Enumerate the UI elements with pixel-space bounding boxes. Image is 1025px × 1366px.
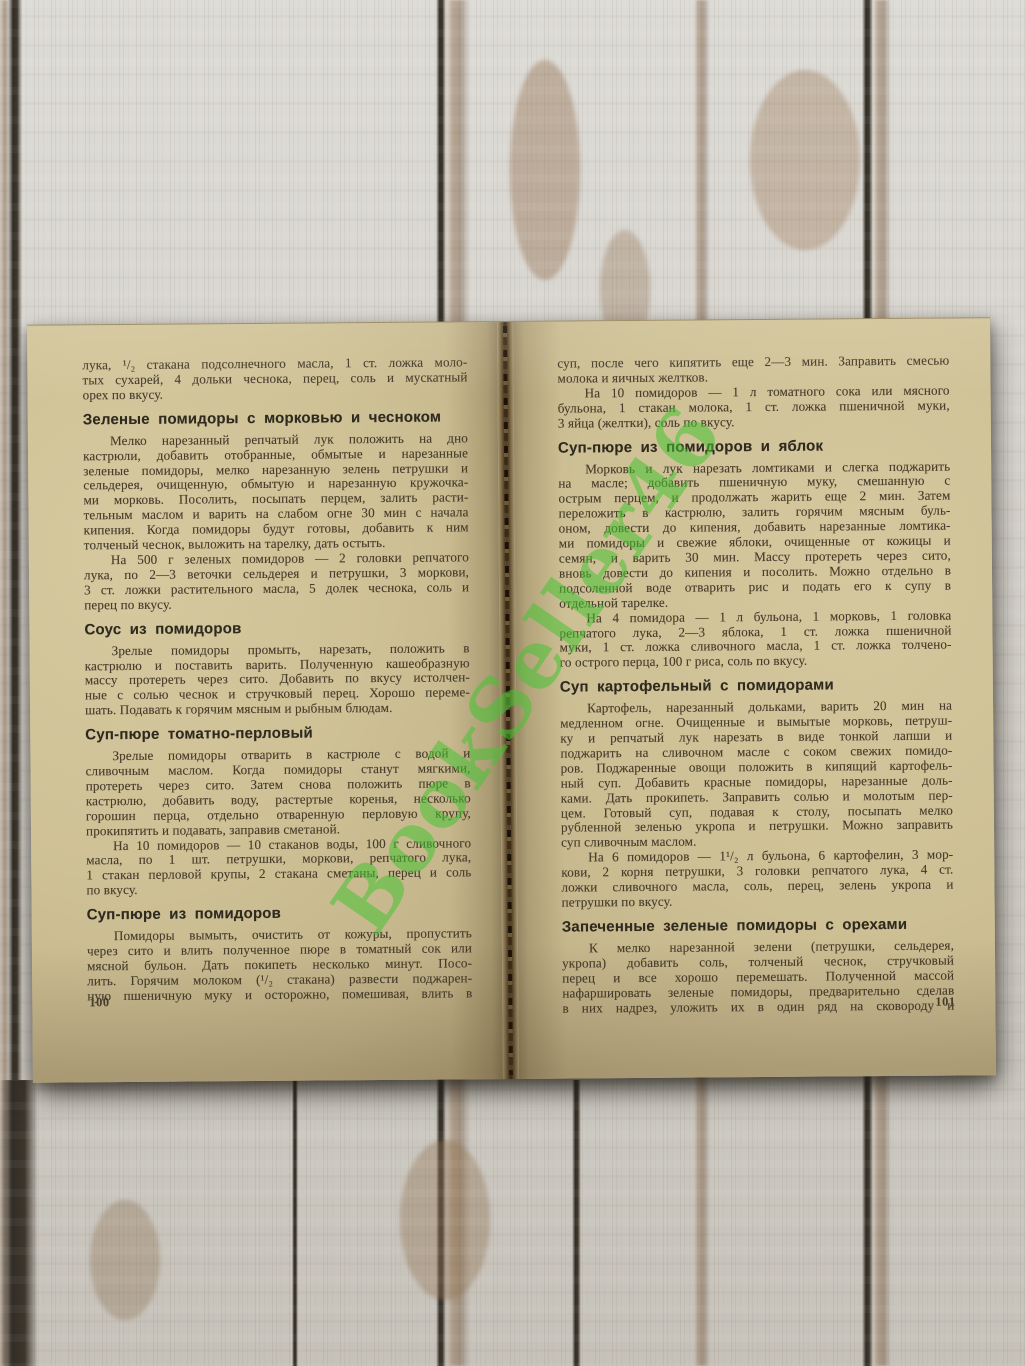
page-number-right: 101	[935, 995, 955, 1010]
text-line: го острого перца, 100 г риса, соль по вк…	[560, 653, 952, 671]
recipe-heading: Зеленые помидоры с морковью и чесноком	[83, 408, 468, 428]
recipe-heading: Запеченные зеленые помидоры с орехами	[562, 915, 954, 935]
text-line: по вкусу.	[86, 881, 471, 899]
plank-gap	[292, 1080, 298, 1366]
right-page: суп, после чего кипятить еще 2—3 мин. За…	[513, 318, 996, 1079]
paragraph-block: На 4 помидора — 1 л бульона, 1 морковь, …	[559, 608, 951, 671]
recipe-heading: Соус из помидоров	[84, 618, 469, 638]
paragraph-block: Мелко нарезанный репчатый лук положить н…	[83, 431, 469, 553]
text-line: шать. Подавать к горячим мясным и рыбным…	[85, 701, 470, 719]
paragraph-block: Помидоры вымыть, очистить от кожуры, про…	[87, 927, 473, 1005]
left-page: лука, ¹/₂ стакана подсолнечного масла, 1…	[27, 322, 503, 1083]
recipe-heading: Суп-пюре томатно-перловый	[85, 723, 470, 743]
text-line: Суп-пюре из помидоров и яблок	[558, 436, 950, 456]
text-line: Зеленые помидоры с морковью и чесноком	[83, 408, 468, 428]
text-line: 3 ст. ложки растительного масла, 5 долек…	[84, 580, 469, 598]
left-page-text: лука, ¹/₂ стакана подсолнечного масла, 1…	[82, 355, 472, 1004]
paragraph-block: На 10 помидоров — 1 л томатного сока или…	[558, 383, 950, 431]
plank-gap	[572, 1080, 581, 1366]
text-line: Запеченные зеленые помидоры с орехами	[562, 915, 954, 935]
text-line: бульона, 1 стакан молока, 1 ст. ложка пш…	[558, 398, 950, 416]
text-line: подсоленной воде отварить рис и подать е…	[559, 578, 951, 596]
spine-stitching	[503, 326, 513, 1075]
paragraph-block: Морковь и лук нарезать ломтиками и слегк…	[558, 459, 951, 611]
paint-peel-patch	[510, 60, 580, 280]
paragraph-block: Зрелые помидоры отварить в кастрюле с во…	[85, 746, 471, 838]
plank-streak	[0, 0, 10, 1366]
text-line: Суп-пюре из помидоров	[87, 904, 472, 924]
text-line: Суп картофельный с помидорами	[560, 676, 952, 696]
page-number-left: 100	[89, 995, 109, 1010]
text-line: Суп-пюре томатно-перловый	[85, 723, 470, 743]
paragraph-block: лука, ¹/₂ стакана подсолнечного масла, 1…	[82, 355, 467, 403]
text-line: ную пшеничную муку и осторожно, помешива…	[87, 986, 472, 1004]
paint-peel-patch	[750, 70, 860, 250]
recipe-heading: Суп картофельный с помидорами	[560, 676, 952, 696]
paragraph-block: На 10 помидоров — 10 стаканов воды, 100 …	[86, 836, 471, 899]
paragraph-block: Зрелые помидоры промыть, нарезать, полож…	[85, 641, 471, 719]
open-book: лука, ¹/₂ стакана подсолнечного масла, 1…	[27, 317, 996, 1083]
right-page-text: суп, после чего кипятить еще 2—3 мин. За…	[557, 354, 954, 1016]
text-line: в них надрез, уложить их в один ряд на с…	[562, 998, 954, 1016]
plank-gap	[8, 0, 22, 1366]
paragraph-block: На 500 г зеленых помидоров — 2 головки р…	[84, 550, 469, 613]
paragraph-block: суп, после чего кипятить еще 2—3 мин. За…	[557, 354, 949, 387]
paragraph-block: На 6 помидоров — 1¹/₂ л бульона, 6 карто…	[561, 848, 953, 911]
plank-gap	[0, 1080, 38, 1366]
text-line: Соус из помидоров	[84, 618, 469, 638]
text-line: тых сухарей, 4 дольки чеснока, перец, со…	[82, 370, 467, 388]
paint-peel-patch	[90, 1200, 160, 1320]
text-line: орех по вкусу.	[83, 385, 468, 403]
recipe-heading: Суп-пюре из помидоров и яблок	[558, 436, 950, 456]
text-line: перец по вкусу.	[84, 595, 469, 613]
paint-peel-patch	[400, 1140, 490, 1300]
text-line: ложки сливочного масла, соль, перец, зел…	[561, 878, 953, 896]
text-line: суп, после чего кипятить еще 2—3 мин. За…	[557, 354, 949, 372]
text-line: 3 яйца (желтки), соль по вкусу.	[558, 413, 950, 431]
recipe-heading: Суп-пюре из помидоров	[87, 904, 472, 924]
paragraph-block: К мелко нарезанной зелени (петрушки, сел…	[562, 938, 955, 1016]
text-line: петрушки по вкусу.	[562, 893, 954, 911]
paragraph-block: Картофель, нарезанный дольками, варить 2…	[560, 699, 953, 851]
